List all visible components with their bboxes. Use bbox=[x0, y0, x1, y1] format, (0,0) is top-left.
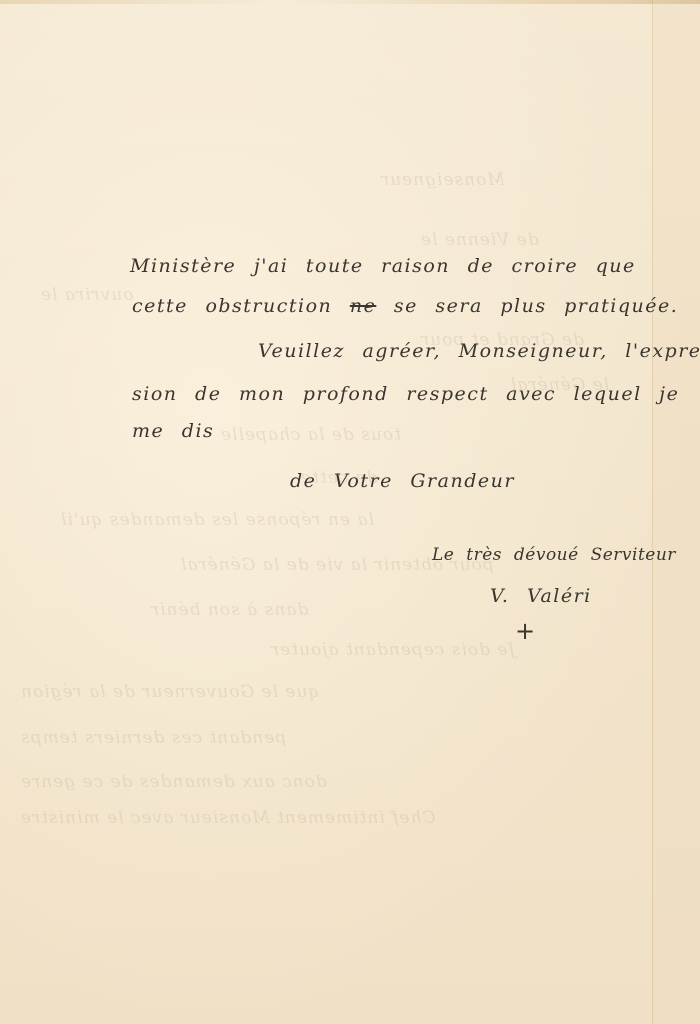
bleed-through-text: Je dois cependant ajouter bbox=[270, 640, 515, 660]
letter-page: Monseigneur de Vienne le ouvrira le de G… bbox=[0, 0, 700, 1024]
letter-body-line: Ministère j'ai toute raison de croire qu… bbox=[130, 255, 636, 277]
bleed-through-text: dans à son bénir bbox=[150, 600, 308, 620]
bleed-through-text: que le Gouverneur de la région bbox=[20, 682, 319, 702]
letter-body-line: Veuillez agréer, Monseigneur, l'expres- bbox=[258, 340, 700, 362]
bleed-through-text: de Vienne le bbox=[420, 230, 539, 250]
signature-name: V. Valéri bbox=[490, 585, 592, 607]
letter-body-fragment: cette obstruction bbox=[132, 295, 332, 317]
struck-through-word: ne bbox=[350, 295, 376, 317]
letter-body-line: me dis bbox=[132, 420, 214, 442]
letter-closing: de Votre Grandeur bbox=[290, 470, 515, 492]
bleed-through-text: donc aux demandes de ce genre bbox=[20, 772, 327, 792]
bleed-through-text: pendant ces derniers temps bbox=[20, 728, 286, 748]
letter-body-line: cette obstruction ne se sera plus pratiq… bbox=[132, 295, 678, 317]
letter-body-line: sion de mon profond respect avec lequel … bbox=[132, 383, 679, 405]
paper-top-edge bbox=[0, 0, 700, 4]
cross-mark-icon: + bbox=[515, 617, 535, 645]
bleed-through-text: Monseigneur bbox=[380, 170, 505, 190]
bleed-through-text: la en réponse les demandes qu'il bbox=[60, 510, 374, 530]
bleed-through-text: Chef intimement Monsieur avec le ministr… bbox=[20, 808, 436, 828]
letter-body-fragment: se sera plus pratiquée. bbox=[394, 295, 678, 317]
signature-title: Le très dévoué Serviteur bbox=[432, 545, 676, 565]
paper-fold-line bbox=[652, 0, 653, 1024]
bleed-through-text: tous de la chapelle bbox=[220, 425, 401, 445]
bleed-through-text: ouvrira le bbox=[40, 285, 134, 305]
paper-right-margin bbox=[653, 0, 700, 1024]
